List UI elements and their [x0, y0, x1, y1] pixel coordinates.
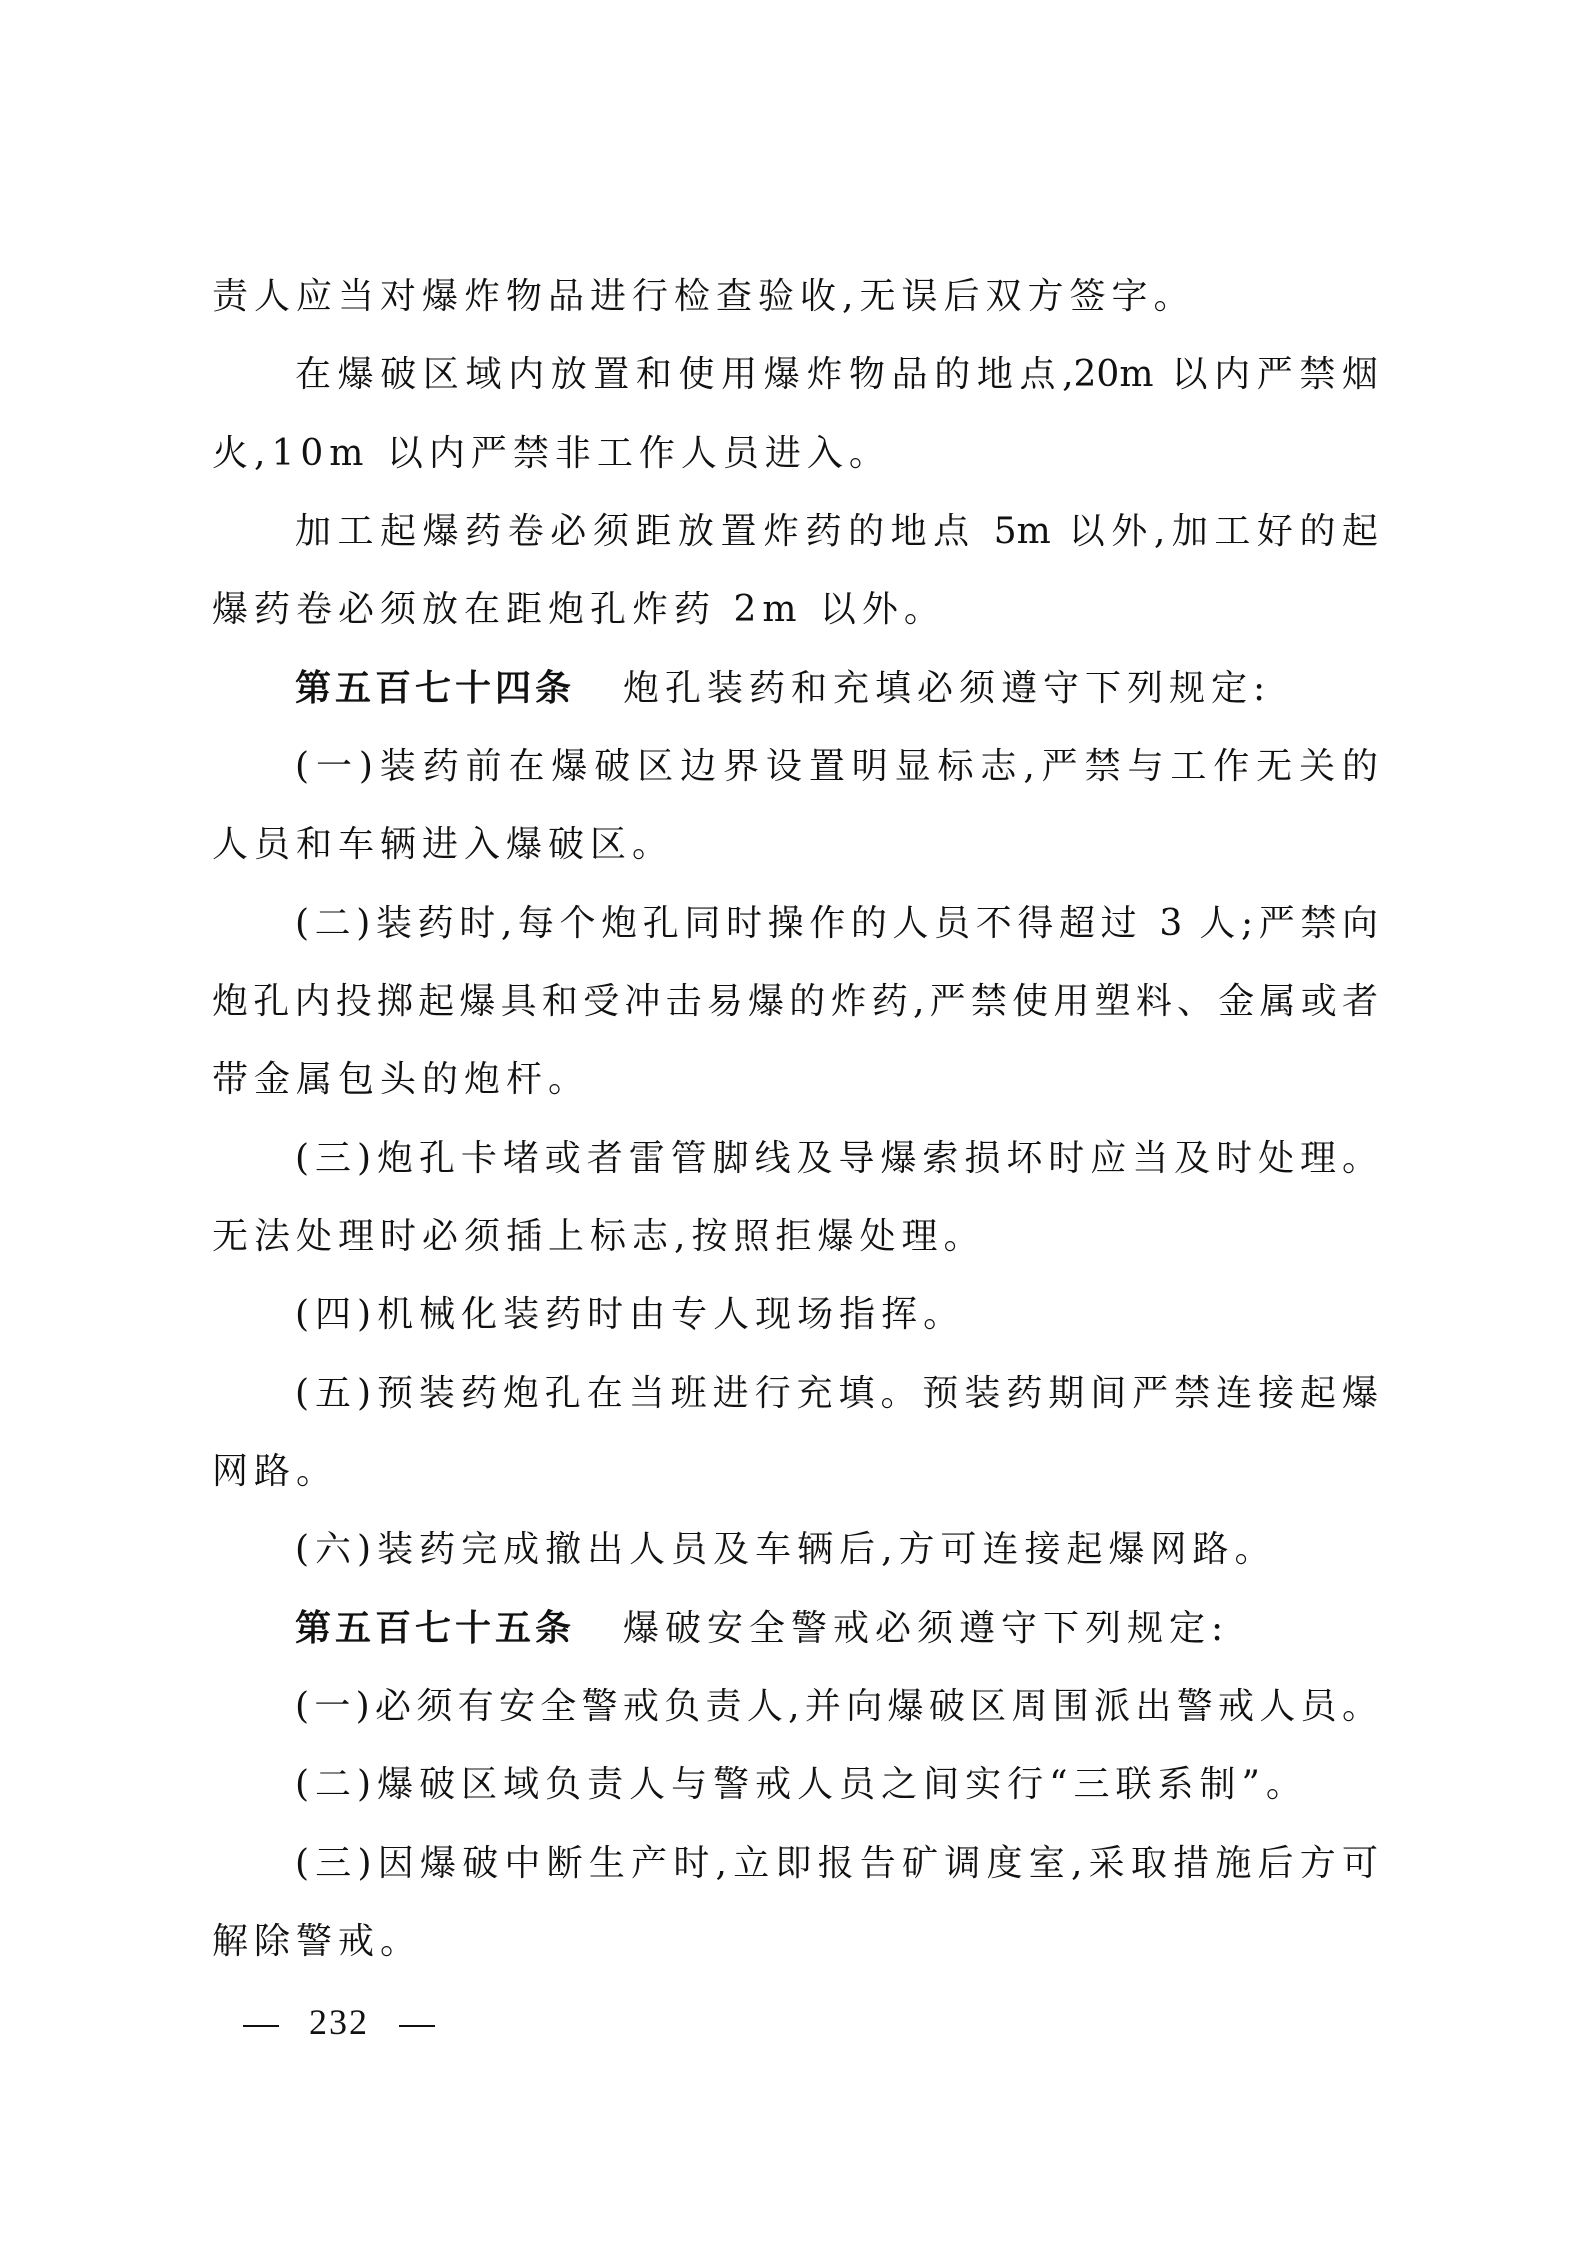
dash-right [399, 2025, 435, 2027]
text-line: 解除警戒。 [212, 1921, 1378, 1963]
text-line: 加工起爆药卷必须距放置炸药的地点 5m 以外,加工好的起 [295, 511, 1378, 553]
text-line: 爆药卷必须放在距炮孔炸药 2m 以外。 [212, 589, 1378, 631]
text-line: (三)因爆破中断生产时,立即报告矿调度室,采取措施后方可 [295, 1843, 1378, 1885]
text-line: 责人应当对爆炸物品进行检查验收,无误后双方签字。 [212, 276, 1378, 318]
text-line: (二)爆破区域负责人与警戒人员之间实行“三联系制”。 [295, 1764, 1378, 1806]
page-number-value: 232 [309, 2000, 369, 2044]
document-page: 责人应当对爆炸物品进行检查验收,无误后双方签字。 在爆破区域内放置和使用爆炸物品… [0, 0, 1587, 2245]
text-line: (三)炮孔卡堵或者雷管脚线及导爆索损坏时应当及时处理。 [295, 1138, 1378, 1180]
text-line: 网路。 [212, 1451, 1378, 1493]
text-line: (一)必须有安全警戒负责人,并向爆破区周围派出警戒人员。 [295, 1686, 1378, 1728]
text-line: 在爆破区域内放置和使用爆炸物品的地点,20m 以内严禁烟 [295, 354, 1378, 396]
text-line: (五)预装药炮孔在当班进行充填。预装药期间严禁连接起爆 [295, 1373, 1378, 1415]
text-line: 无法处理时必须插上标志,按照拒爆处理。 [212, 1216, 1378, 1258]
text-line: 火,10m 以内严禁非工作人员进入。 [212, 433, 1378, 475]
article-title: 炮孔装药和充填必须遵守下列规定: [623, 668, 1271, 709]
text-line: 炮孔内投掷起爆具和受冲击易爆的炸药,严禁使用塑料、金属或者 [212, 981, 1378, 1023]
article-title: 爆破安全警戒必须遵守下列规定: [623, 1608, 1229, 1649]
text-line: 带金属包头的炮杆。 [212, 1059, 1378, 1101]
article-575-heading: 第五百七十五条爆破安全警戒必须遵守下列规定: [295, 1608, 1378, 1650]
article-574-heading: 第五百七十四条炮孔装药和充填必须遵守下列规定: [295, 668, 1378, 710]
text-line: (一)装药前在爆破区边界设置明显标志,严禁与工作无关的 [295, 746, 1378, 788]
text-line: (六)装药完成撤出人员及车辆后,方可连接起爆网路。 [295, 1529, 1378, 1571]
page-number: 232 [243, 2000, 435, 2044]
article-number: 第五百七十五条 [295, 1608, 575, 1649]
text-line: (四)机械化装药时由专人现场指挥。 [295, 1294, 1378, 1336]
dash-left [243, 2025, 279, 2027]
article-number: 第五百七十四条 [295, 668, 575, 709]
text-line: 人员和车辆进入爆破区。 [212, 824, 1378, 866]
text-line: (二)装药时,每个炮孔同时操作的人员不得超过 3 人;严禁向 [295, 903, 1378, 945]
